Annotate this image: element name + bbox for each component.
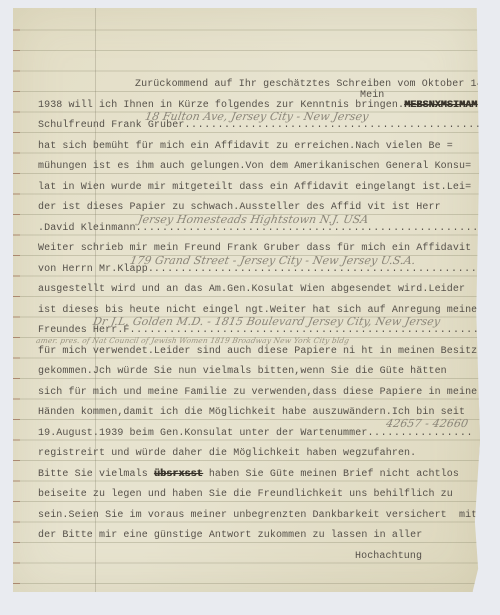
crossed-out-text: übsrxsst [154, 469, 203, 480]
handwritten-annotation: 18 Fulton Ave, Jersey City - New Jersey [143, 107, 370, 128]
margin-rule-ticks [13, 8, 20, 592]
text-line: registreirt und würde daher die Möglichk… [38, 444, 478, 465]
handwritten-annotation: Jersey Homesteads Hightstown N.J. USA [136, 210, 370, 231]
text-line: sein.Seien Sie im voraus meiner unbegren… [38, 506, 478, 527]
text-line: gekommen.Jch würde Sie nun vielmals bitt… [38, 362, 478, 383]
typed-text: mühungen ist es ihm auch gelungen.Von de… [38, 161, 471, 172]
typed-text: der Bitte mir eine günstige Antwort zuko… [38, 530, 422, 541]
typed-annotation: Mein [360, 86, 384, 107]
typed-text: beiseite zu legen und haben Sie die Freu… [38, 489, 453, 500]
typed-text: gekommen.Jch würde Sie nun vielmals bitt… [38, 366, 447, 377]
typed-text: Hochachtung [355, 551, 422, 562]
text-line: 19.August.1939 beim Gen.Konsulat unter d… [38, 424, 478, 445]
text-line: von Herrn Mr.Klapp......................… [38, 260, 478, 281]
handwritten-annotation: Dr J.L. Golden M.D. - 1815 Boulevard Jer… [91, 312, 442, 333]
text-line: der Bitte mir eine günstige Antwort zuko… [38, 526, 478, 547]
text-line: beiseite zu legen und haben Sie die Freu… [38, 485, 478, 506]
typed-text: 19.August.1939 beim Gen.Konsulat unter d… [38, 428, 367, 439]
typed-text: für mich verwendet.Leider sind auch dies… [38, 346, 477, 357]
letter-body: Zurückommend auf Ihr geschätztes Schreib… [38, 75, 478, 567]
typed-text: lat in Wien wurde mir mitgeteilt dass ei… [38, 182, 471, 193]
text-line: ausgestellt wird und an das Am.Gen.Kosul… [38, 280, 478, 301]
typed-text: Bitte Sie vielmals [38, 469, 154, 480]
text-line: mühungen ist es ihm auch gelungen.Von de… [38, 157, 478, 178]
handwritten-annotation: 179 Grand Street - Jersey City - New Jer… [128, 251, 417, 272]
text-line: lat in Wien wurde mir mitgeteilt dass ei… [38, 178, 478, 199]
text-line: .David Kleinmann........................… [38, 219, 478, 240]
typed-text: .David Kleinmann [38, 223, 136, 234]
text-line: Hochachtung [38, 547, 478, 568]
text-line: Freundes Herr.F.........................… [38, 321, 478, 342]
typed-text: ausgestellt wird und an das Am.Gen.Kosul… [38, 284, 465, 295]
typed-text: haben Sie Güte meinen Brief nicht achtlo… [203, 469, 459, 480]
typed-text: Zurückommend auf Ihr geschätztes Schreib… [135, 79, 489, 90]
typed-text: sich für mich und meine Familie zu verwe… [38, 387, 477, 398]
typed-text: registreirt und würde daher die Möglichk… [38, 448, 416, 459]
letter-page: Zurückommend auf Ihr geschätztes Schreib… [13, 8, 480, 592]
text-line: sich für mich und meine Familie zu verwe… [38, 383, 478, 404]
text-line: Bitte Sie vielmals übsrxsst haben Sie Gü… [38, 465, 478, 486]
typed-text: hat sich bemüht für mich ein Affidavit z… [38, 141, 453, 152]
text-line: für mich verwendet.Leider sind auch dies… [38, 342, 478, 363]
text-line: hat sich bemüht für mich ein Affidavit z… [38, 137, 478, 158]
text-line: Zurückommend auf Ihr geschätztes Schreib… [38, 75, 478, 96]
handwritten-annotation: 42657 - 42660 [384, 414, 470, 435]
crossed-out-text: MEBSNXMSIMAM [404, 100, 477, 111]
text-line: Schulfreund Frank Gruber................… [38, 116, 478, 137]
typed-text: sein.Seien Sie im voraus meiner unbegren… [38, 510, 477, 521]
